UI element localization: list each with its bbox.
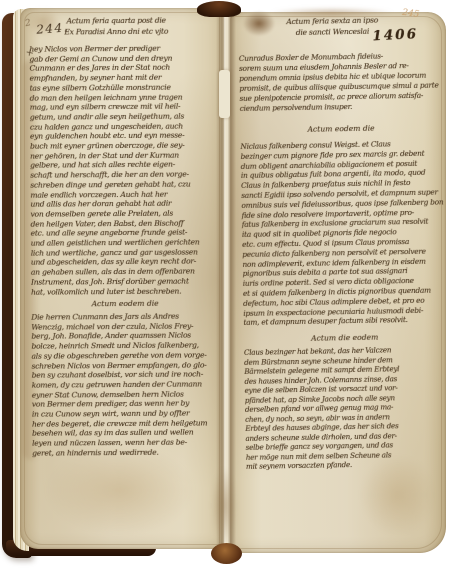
manuscript-photo: 2 244. + Actum feria quarta post dieEx P… [0, 0, 450, 571]
left-paragraph-1: hey Niclos von Bermer der predigergab de… [29, 43, 219, 297]
right-page-text: 245 1406 Actum feria sexta an ipsodie sa… [236, 6, 450, 550]
left-paragraph-2: Die herren Cunmann des Jars als AndresWe… [31, 311, 220, 458]
quire-mark: 2 [24, 18, 32, 29]
right-paragraph-1: Cunradus Boxler de Monumbach fideius-sor… [239, 50, 442, 114]
left-page-text: 2 244. + Actum feria quarta post dieEx P… [24, 13, 222, 554]
left-page-heading: Actum feria quarta post dieEx Paradisi A… [64, 16, 168, 38]
manuscript-line: tam, et dampnum desuper factum sibi reso… [243, 315, 445, 328]
right-paragraph-2: Niclaus falkenberg consul Weigst. et Cla… [240, 138, 445, 328]
folio-number-right-faint: 245 [401, 8, 419, 20]
manuscript-line: als sy die obgeschreben gerethe von dem … [31, 350, 219, 361]
right-subheading-1: Actum eodem die [240, 122, 442, 135]
manuscript-line: Actum feria quarta post die [64, 16, 168, 27]
manuscript-line: hat, vollkomlich und luter ist beschrebe… [31, 286, 219, 297]
right-paragraph-3: Claus bezinger hat bekant, das her Valcz… [244, 344, 448, 471]
gutter-parchment-tab [219, 70, 230, 118]
manuscript-line: geret, an hindernis und wedirrede. [32, 447, 220, 458]
manuscript-line: Actum feria sexta an ipso [270, 15, 394, 28]
right-subheading-2: Actum die eodem [244, 331, 446, 344]
manuscript-line: ciendum persolvendum insuper. [240, 100, 442, 114]
left-subheading: Actum eodem die [31, 298, 219, 308]
manuscript-line: schreben dinge und gereten gehabt hat, c… [30, 179, 218, 190]
right-page-heading: Actum feria sexta an ipsodie sancti Wenc… [270, 15, 394, 38]
manuscript-line: an gehaben sullen, als das in dem offenb… [31, 267, 219, 278]
manuscript-line: komen, dy czu getruwen handen der Cunman… [32, 379, 220, 390]
manuscript-line: die sancti Wenceslai [270, 26, 394, 39]
manuscript-line: Ex Paradisi Anno dni etc vjto [64, 26, 168, 37]
